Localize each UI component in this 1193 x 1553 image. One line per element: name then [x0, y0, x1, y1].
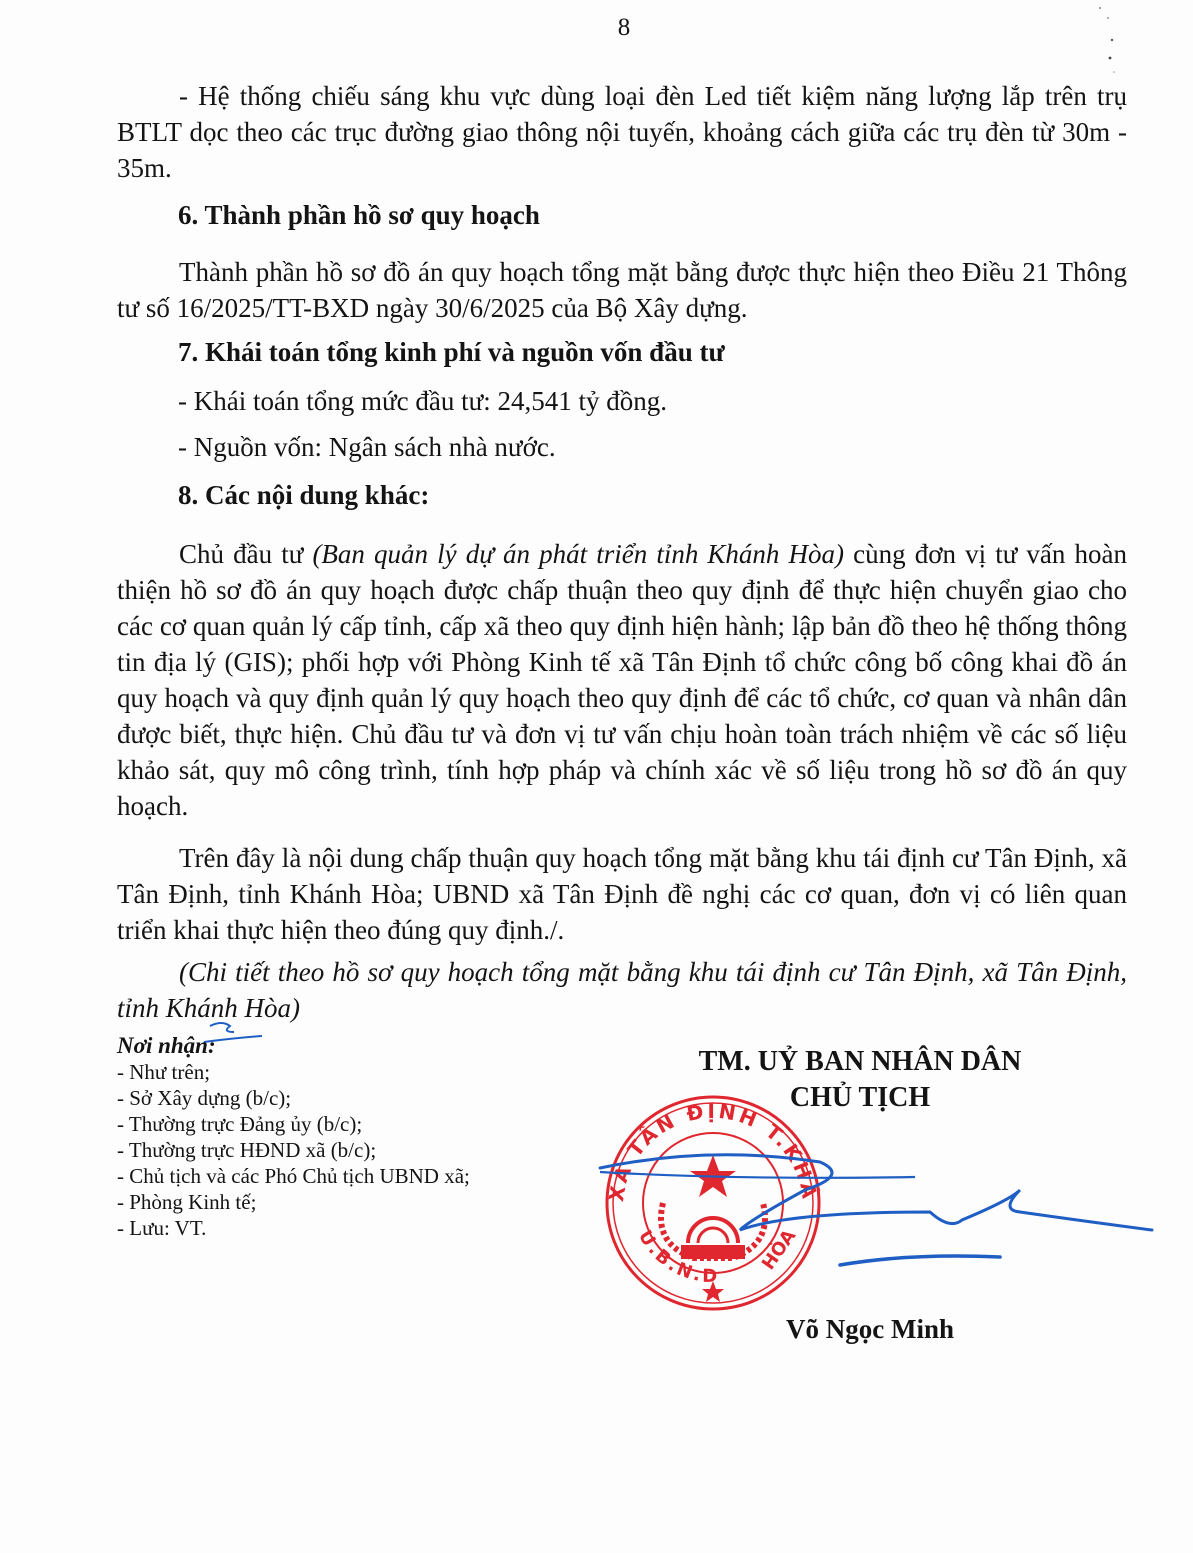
- section-8-prefix: Chủ đầu tư: [179, 539, 312, 569]
- recipients-title: Nơi nhận:: [117, 1033, 470, 1059]
- recipients-block: Nơi nhận: - Như trên; - Sở Xây dựng (b/c…: [117, 1033, 470, 1241]
- recipient-item: - Chủ tịch và các Phó Chủ tịch UBND xã;: [117, 1163, 470, 1189]
- recipient-item: - Như trên;: [117, 1059, 470, 1085]
- investment-total: - Khái toán tổng mức đầu tư: 24,541 tỷ đ…: [178, 386, 667, 417]
- page-number: 8: [0, 14, 1193, 42]
- section-6-body: Thành phần hồ sơ đồ án quy hoạch tổng mặ…: [117, 254, 1127, 326]
- recipient-item: - Thường trực Đảng ủy (b/c);: [117, 1111, 470, 1137]
- scan-specks: [1090, 0, 1130, 80]
- section-7-heading: 7. Khái toán tổng kinh phí và nguồn vốn …: [178, 337, 725, 368]
- closing-paragraph: Trên đây là nội dung chấp thuận quy hoạc…: [117, 840, 1127, 948]
- funding-source: - Nguồn vốn: Ngân sách nhà nước.: [178, 432, 556, 463]
- recipient-item: - Lưu: VT.: [117, 1215, 470, 1241]
- document-page: 8 - Hệ thống chiếu sáng khu vực dùng loạ…: [0, 0, 1193, 1553]
- recipient-item: - Sở Xây dựng (b/c);: [117, 1085, 470, 1111]
- detail-note: (Chi tiết theo hồ sơ quy hoạch tổng mặt …: [117, 954, 1127, 1026]
- section-8-rest: cùng đơn vị tư vấn hoàn thiện hồ sơ đồ á…: [117, 539, 1127, 821]
- section-8-investor: (Ban quản lý dự án phát triển tỉnh Khánh…: [312, 539, 844, 569]
- recipient-item: - Thường trực HĐND xã (b/c);: [117, 1137, 470, 1163]
- signature-line-1: TM. UỶ BAN NHÂN DÂN: [640, 1044, 1080, 1080]
- signer-name: Võ Ngọc Minh: [640, 1314, 1100, 1345]
- section-8-heading: 8. Các nội dung khác:: [178, 480, 429, 511]
- handwritten-signature: [590, 1150, 1160, 1290]
- lighting-paragraph: - Hệ thống chiếu sáng khu vực dùng loại …: [117, 78, 1127, 186]
- recipient-item: - Phòng Kinh tế;: [117, 1189, 470, 1215]
- section-6-heading: 6. Thành phần hồ sơ quy hoạch: [178, 200, 540, 231]
- section-8-body: Chủ đầu tư (Ban quản lý dự án phát triển…: [117, 536, 1127, 824]
